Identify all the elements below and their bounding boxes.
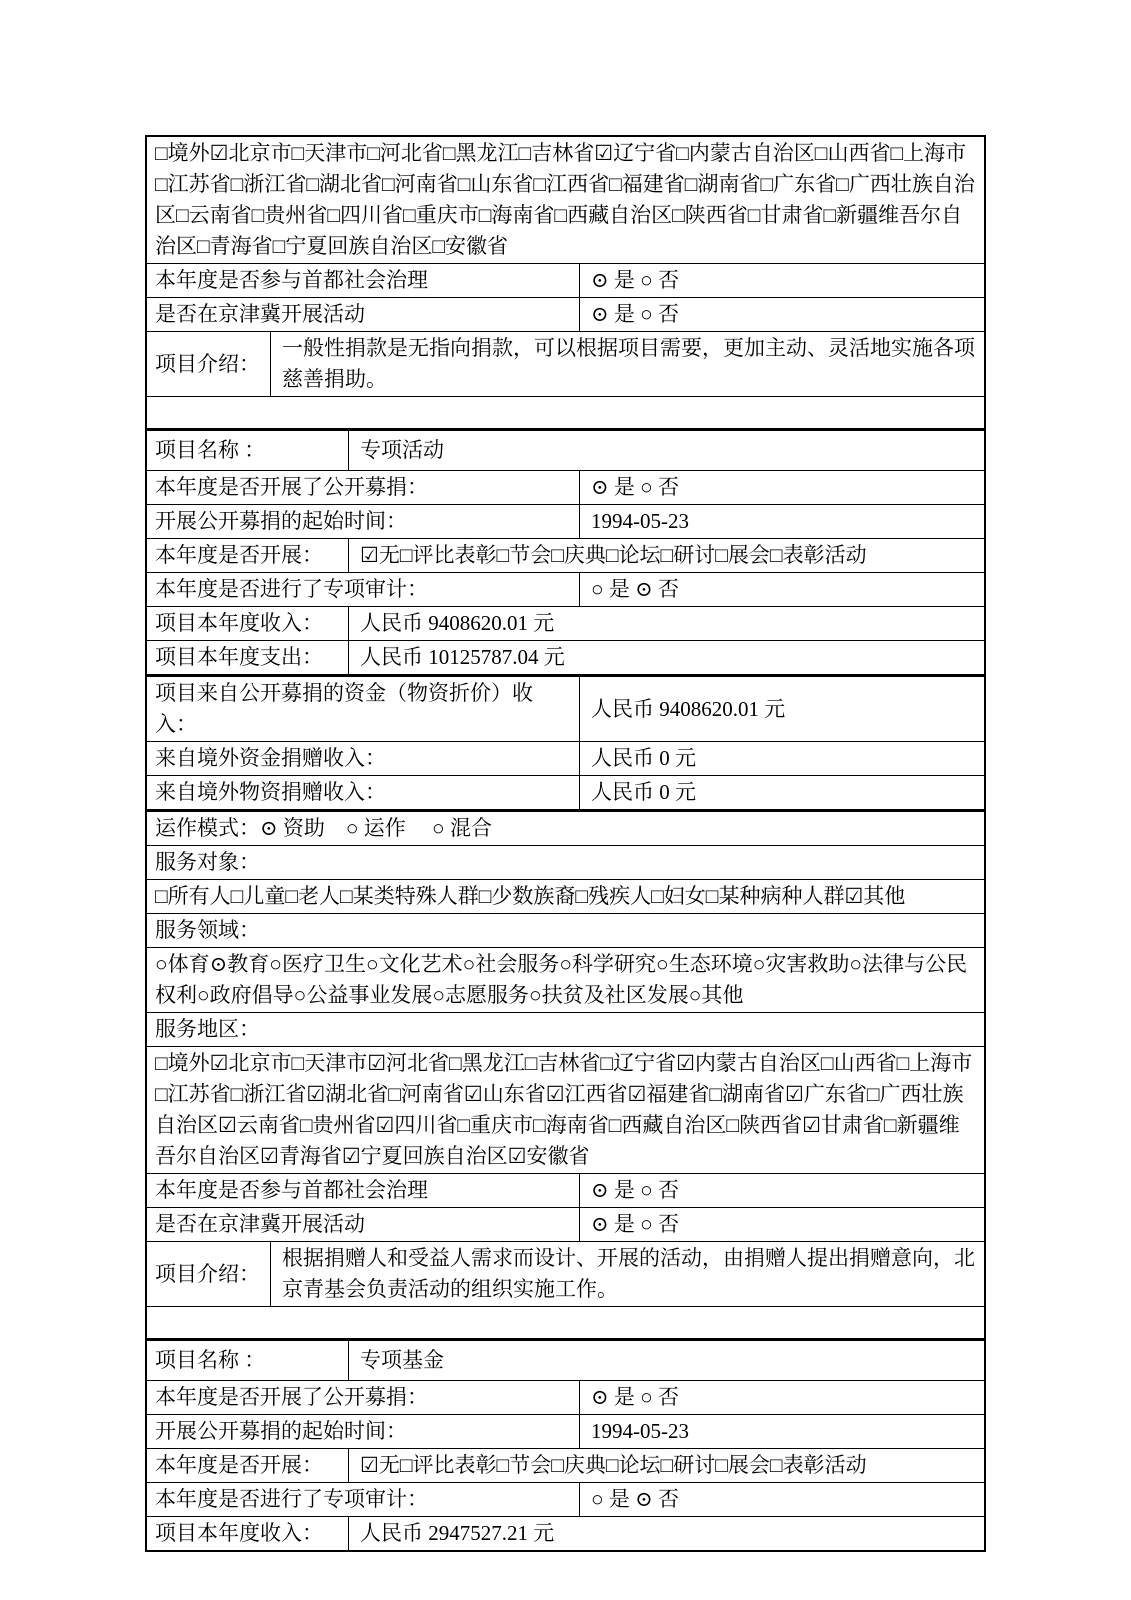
row-service-area-options-2: □境外☑北京市□天津市☑河北省□黑龙江□吉林省□辽宁省☑内蒙古自治区□山西省□上… xyxy=(147,1047,984,1174)
row-spacer-2 xyxy=(147,1307,984,1339)
service-target-label-2: 服务对象： xyxy=(147,846,984,879)
special-audit-radio-2: ○ 是 ⊙ 否 xyxy=(580,573,984,606)
row-capital-governance-2: 本年度是否参与首都社会治理 ⊙ 是 ○ 否 xyxy=(147,1174,984,1208)
row-public-fundraising-2: 本年度是否开展了公开募捐： ⊙ 是 ○ 否 xyxy=(147,471,984,505)
annual-income-label-3: 项目本年度收入： xyxy=(147,1517,349,1550)
overseas-fund-income-value-2: 人民币 0 元 xyxy=(580,742,984,775)
events-held-checkbox-list-2: ☑无□评比表彰□节会□庆典□论坛□研讨□展会□表彰活动 xyxy=(349,539,984,572)
project-name-value-3: 专项基金 xyxy=(349,1341,984,1380)
row-overseas-goods-income-2: 来自境外物资捐赠收入： 人民币 0 元 xyxy=(147,776,984,810)
service-target-checkbox-list-2: □所有人□儿童□老人□某类特殊人群□少数族裔□残疾人□妇女□某种病种人群☑其他 xyxy=(147,880,984,913)
overseas-goods-income-value-2: 人民币 0 元 xyxy=(580,776,984,809)
document-page: □境外☑北京市□天津市□河北省□黑龙江□吉林省☑辽宁省□内蒙古自治区□山西省□上… xyxy=(0,0,1131,1600)
public-fundraising-radio-2: ⊙ 是 ○ 否 xyxy=(580,471,984,504)
annual-expense-label-2: 项目本年度支出： xyxy=(147,641,349,674)
service-area-checkbox-list-2: □境外☑北京市□天津市☑河北省□黑龙江□吉林省□辽宁省☑内蒙古自治区□山西省□上… xyxy=(147,1047,984,1173)
service-area-label-2: 服务地区： xyxy=(147,1013,984,1046)
row-jingjinji-2: 是否在京津冀开展活动 ⊙ 是 ○ 否 xyxy=(147,1208,984,1242)
annual-expense-value-2: 人民币 10125787.04 元 xyxy=(349,641,984,674)
row-service-target-label-2: 服务对象： xyxy=(147,846,984,880)
fundraising-start-label-3: 开展公开募捐的起始时间： xyxy=(147,1415,580,1448)
annual-income-label-2: 项目本年度收入： xyxy=(147,607,349,640)
overseas-fund-income-label-2: 来自境外资金捐赠收入： xyxy=(147,742,580,775)
row-public-fundraising-3: 本年度是否开展了公开募捐： ⊙ 是 ○ 否 xyxy=(147,1381,984,1415)
row-project-name-2: 项目名称 ： 专项活动 xyxy=(147,429,984,471)
jingjinji-radio-1: ⊙ 是 ○ 否 xyxy=(580,298,984,331)
project-intro-label-2: 项目介绍： xyxy=(147,1242,271,1306)
row-annual-income-2: 项目本年度收入： 人民币 9408620.01 元 xyxy=(147,607,984,641)
row-public-fund-income-2: 项目来自公开募捐的资金（物资折价）收入： 人民币 9408620.01 元 xyxy=(147,675,984,742)
capital-governance-radio-2: ⊙ 是 ○ 否 xyxy=(580,1174,984,1207)
annual-income-value-2: 人民币 9408620.01 元 xyxy=(349,607,984,640)
row-operation-mode-2: 运作模式：⊙ 资助 ○ 运作 ○ 混合 xyxy=(147,810,984,846)
row-fundraising-start-3: 开展公开募捐的起始时间： 1994-05-23 xyxy=(147,1415,984,1449)
project-name-value-2: 专项活动 xyxy=(349,431,984,470)
fundraising-start-date-3: 1994-05-23 xyxy=(580,1415,984,1448)
row-annual-income-3: 项目本年度收入： 人民币 2947527.21 元 xyxy=(147,1517,984,1550)
row-service-area-label-2: 服务地区： xyxy=(147,1013,984,1047)
jingjinji-radio-2: ⊙ 是 ○ 否 xyxy=(580,1208,984,1241)
capital-governance-label-1: 本年度是否参与首都社会治理 xyxy=(147,264,580,297)
public-fund-income-value-2: 人民币 9408620.01 元 xyxy=(580,677,984,741)
project-name-label-3: 项目名称 ： xyxy=(147,1341,349,1380)
row-project-intro-1: 项目介绍： 一般性捐款是无指向捐款，可以根据项目需要，更加主动、灵活地实施各项慈… xyxy=(147,332,984,397)
jingjinji-label-1: 是否在京津冀开展活动 xyxy=(147,298,580,331)
row-events-held-3: 本年度是否开展： ☑无□评比表彰□节会□庆典□论坛□研讨□展会□表彰活动 xyxy=(147,1449,984,1483)
fundraising-start-label-2: 开展公开募捐的起始时间： xyxy=(147,505,580,538)
capital-governance-label-2: 本年度是否参与首都社会治理 xyxy=(147,1174,580,1207)
service-field-label-2: 服务领域： xyxy=(147,914,984,947)
events-held-label-2: 本年度是否开展： xyxy=(147,539,349,572)
project-intro-label-1: 项目介绍： xyxy=(147,332,271,396)
project-report-table: □境外☑北京市□天津市□河北省□黑龙江□吉林省☑辽宁省□内蒙古自治区□山西省□上… xyxy=(145,135,986,1552)
annual-income-value-3: 人民币 2947527.21 元 xyxy=(349,1517,984,1550)
row-events-held-2: 本年度是否开展： ☑无□评比表彰□节会□庆典□论坛□研讨□展会□表彰活动 xyxy=(147,539,984,573)
row-capital-governance-1: 本年度是否参与首都社会治理 ⊙ 是 ○ 否 xyxy=(147,264,984,298)
events-held-label-3: 本年度是否开展： xyxy=(147,1449,349,1482)
service-area-checkbox-list-1: □境外☑北京市□天津市□河北省□黑龙江□吉林省☑辽宁省□内蒙古自治区□山西省□上… xyxy=(147,137,984,263)
jingjinji-label-2: 是否在京津冀开展活动 xyxy=(147,1208,580,1241)
project-intro-text-1: 一般性捐款是无指向捐款，可以根据项目需要，更加主动、灵活地实施各项慈善捐助。 xyxy=(271,332,984,396)
project-name-label-2: 项目名称 ： xyxy=(147,431,349,470)
service-field-radio-list-2: ○体育⊙教育○医疗卫生○文化艺术○社会服务○科学研究○生态环境○灾害救助○法律与… xyxy=(147,948,984,1012)
public-fundraising-radio-3: ⊙ 是 ○ 否 xyxy=(580,1381,984,1414)
special-audit-radio-3: ○ 是 ⊙ 否 xyxy=(580,1483,984,1516)
special-audit-label-2: 本年度是否进行了专项审计： xyxy=(147,573,580,606)
row-service-target-options-2: □所有人□儿童□老人□某类特殊人群□少数族裔□残疾人□妇女□某种病种人群☑其他 xyxy=(147,880,984,914)
events-held-checkbox-list-3: ☑无□评比表彰□节会□庆典□论坛□研讨□展会□表彰活动 xyxy=(349,1449,984,1482)
row-special-audit-2: 本年度是否进行了专项审计： ○ 是 ⊙ 否 xyxy=(147,573,984,607)
row-spacer-1 xyxy=(147,397,984,429)
row-project-intro-2: 项目介绍： 根据捐赠人和受益人需求而设计、开展的活动，由捐赠人提出捐赠意向，北京… xyxy=(147,1242,984,1307)
capital-governance-radio-1: ⊙ 是 ○ 否 xyxy=(580,264,984,297)
project-intro-text-2: 根据捐赠人和受益人需求而设计、开展的活动，由捐赠人提出捐赠意向，北京青基会负责活… xyxy=(271,1242,984,1306)
row-service-field-label-2: 服务领域： xyxy=(147,914,984,948)
public-fundraising-label-3: 本年度是否开展了公开募捐： xyxy=(147,1381,580,1414)
row-annual-expense-2: 项目本年度支出： 人民币 10125787.04 元 xyxy=(147,641,984,675)
row-fundraising-start-2: 开展公开募捐的起始时间： 1994-05-23 xyxy=(147,505,984,539)
row-project-name-3: 项目名称 ： 专项基金 xyxy=(147,1339,984,1381)
operation-mode-radio-group-2: 运作模式：⊙ 资助 ○ 运作 ○ 混合 xyxy=(147,812,984,845)
row-jingjinji-1: 是否在京津冀开展活动 ⊙ 是 ○ 否 xyxy=(147,298,984,332)
row-service-field-options-2: ○体育⊙教育○医疗卫生○文化艺术○社会服务○科学研究○生态环境○灾害救助○法律与… xyxy=(147,948,984,1013)
row-service-area-options-1: □境外☑北京市□天津市□河北省□黑龙江□吉林省☑辽宁省□内蒙古自治区□山西省□上… xyxy=(147,137,984,264)
row-special-audit-3: 本年度是否进行了专项审计： ○ 是 ⊙ 否 xyxy=(147,1483,984,1517)
public-fund-income-label-2: 项目来自公开募捐的资金（物资折价）收入： xyxy=(147,677,580,741)
public-fundraising-label-2: 本年度是否开展了公开募捐： xyxy=(147,471,580,504)
fundraising-start-date-2: 1994-05-23 xyxy=(580,505,984,538)
row-overseas-fund-income-2: 来自境外资金捐赠收入： 人民币 0 元 xyxy=(147,742,984,776)
special-audit-label-3: 本年度是否进行了专项审计： xyxy=(147,1483,580,1516)
overseas-goods-income-label-2: 来自境外物资捐赠收入： xyxy=(147,776,580,809)
